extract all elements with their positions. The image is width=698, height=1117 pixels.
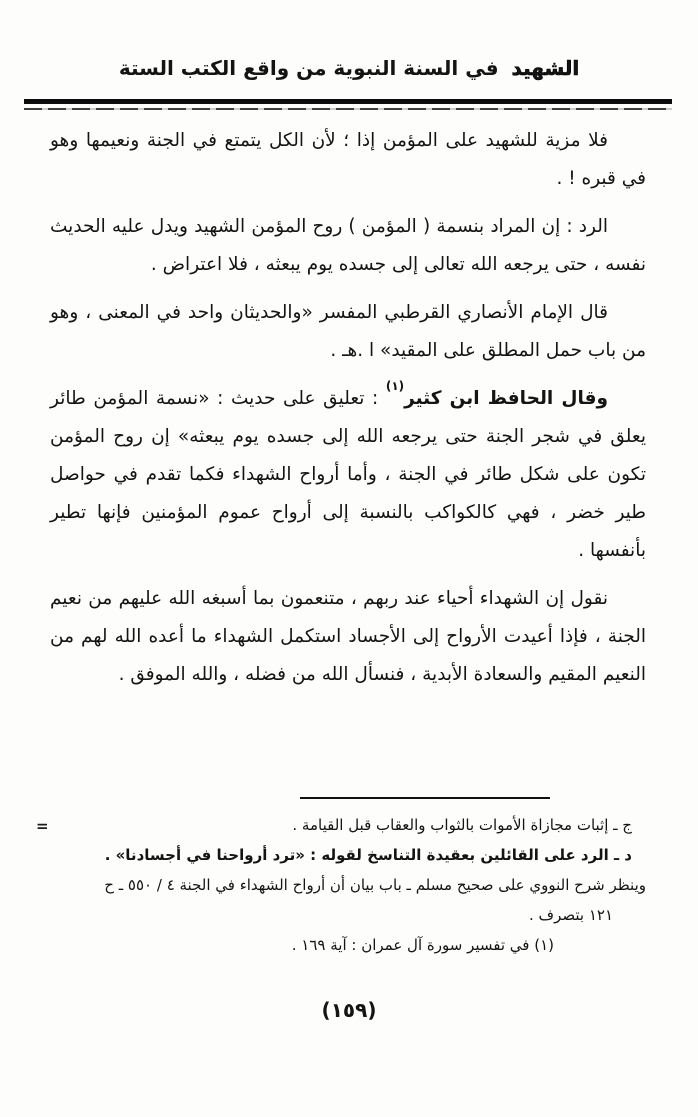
footnote-separator-rule [300, 797, 550, 799]
continuation-equals-mark: = [36, 811, 49, 841]
footnotes-block: = ج ـ إثبات مجازاة الأموات بالثواب والعق… [50, 797, 646, 960]
footnote-item-1: (١) في تفسير سورة آل عمران : آية ١٦٩ . [50, 930, 554, 960]
running-head-title-main: الشهيد [512, 56, 580, 80]
footnote-source-line-1: وينظر شرح النووي على صحيح مسلم ـ باب بيا… [50, 870, 646, 900]
footnote-item-d: د ـ الرد على القائلين بعقيدة التناسخ لقو… [50, 840, 632, 870]
paragraph-5: نقول إن الشهداء أحياء عند ربهم ، متنعمون… [50, 580, 646, 694]
paragraph-4-lead: وقال الحافظ ابن كثير [404, 388, 608, 409]
footnote-source-line-2: ١٢١ بتصرف . [50, 900, 613, 930]
header-rule-thin [24, 108, 672, 110]
paragraph-4: وقال الحافظ ابن كثير(١) : تعليق على حديث… [50, 380, 646, 570]
paragraph-2: الرد : إن المراد بنسمة ( المؤمن ) روح ال… [50, 208, 646, 284]
page-number: (١٥٩) [0, 998, 698, 1022]
paragraph-4-rest: : تعليق على حديث : «نسمة المؤمن طائر يعل… [50, 388, 646, 561]
running-head-title-rest: في السنة النبوية من واقع الكتب الستة [119, 56, 499, 80]
header-rule-thick [24, 99, 672, 104]
paragraph-3: قال الإمام الأنصاري القرطبي المفسر «والح… [50, 294, 646, 370]
body-text: فلا مزية للشهيد على المؤمن إذا ؛ لأن الك… [50, 112, 646, 704]
footnote-item-j: ج ـ إثبات مجازاة الأموات بالثواب والعقاب… [50, 810, 632, 840]
running-head: الشهيد في السنة النبوية من واقع الكتب ال… [0, 56, 698, 80]
paragraph-1: فلا مزية للشهيد على المؤمن إذا ؛ لأن الك… [50, 122, 646, 198]
footnote-ref-marker-1: (١) [386, 379, 404, 393]
book-page: الشهيد في السنة النبوية من واقع الكتب ال… [0, 0, 698, 1117]
